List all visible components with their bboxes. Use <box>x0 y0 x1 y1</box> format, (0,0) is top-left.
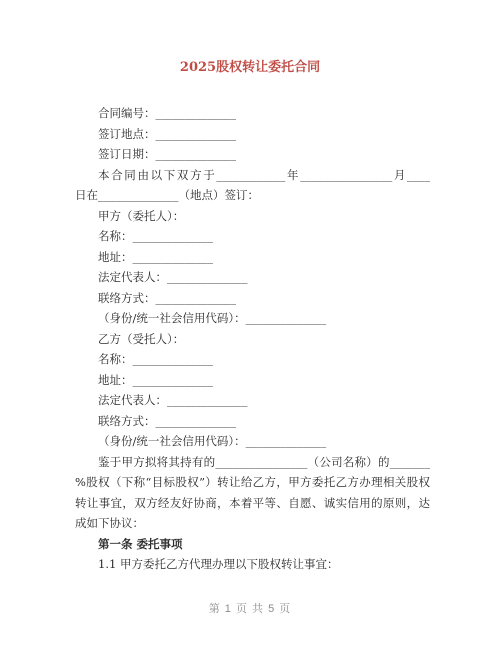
contract-line: 地址：______________ <box>0 247 500 268</box>
contract-line: 甲方（委托人）： <box>0 206 500 227</box>
contract-line: （身份/统一社会信用代码）：______________ <box>0 431 500 452</box>
contract-line: 名称：______________ <box>0 349 500 370</box>
contract-line: 法定代表人：______________ <box>0 267 500 288</box>
contract-line: 乙方（受托人）： <box>0 329 500 350</box>
contract-line: %股权（下称“目标股权”）转让给乙方，甲方委托乙方办理相关股权 <box>0 472 500 493</box>
contract-line: 成如下协议： <box>0 513 500 534</box>
contract-line: （身份/统一社会信用代码）：______________ <box>0 308 500 329</box>
contract-line: 1.1 甲方委托乙方代理办理以下股权转让事宜： <box>0 554 500 575</box>
contract-line: 本合同由以下双方于____________年________________月_… <box>0 165 500 186</box>
contract-line: 第一条 委托事项 <box>0 534 500 555</box>
contract-line: 日在______________（地点）签订： <box>0 185 500 206</box>
contract-line: 转让事宜，双方经友好协商，本着平等、自愿、诚实信用的原则，达 <box>0 493 500 514</box>
contract-line: 地址：______________ <box>0 370 500 391</box>
page-title: 2025股权转让委托合同 <box>0 58 500 78</box>
page-number-footer: 第 1 页 共 5 页 <box>0 599 500 619</box>
contract-line: 签订地点：______________ <box>0 124 500 145</box>
contract-page: 2025股权转让委托合同 合同编号：______________签订地点：___… <box>0 0 500 647</box>
contract-line: 联络方式：______________ <box>0 288 500 309</box>
contract-body: 合同编号：______________签订地点：______________签订… <box>0 103 500 575</box>
contract-line: 法定代表人：______________ <box>0 390 500 411</box>
contract-line: 名称：______________ <box>0 226 500 247</box>
contract-line: 鉴于甲方拟将其持有的________________（公司名称）的_______ <box>0 452 500 473</box>
contract-line: 合同编号：______________ <box>0 103 500 124</box>
contract-line: 联络方式：______________ <box>0 411 500 432</box>
contract-line: 签订日期：______________ <box>0 144 500 165</box>
